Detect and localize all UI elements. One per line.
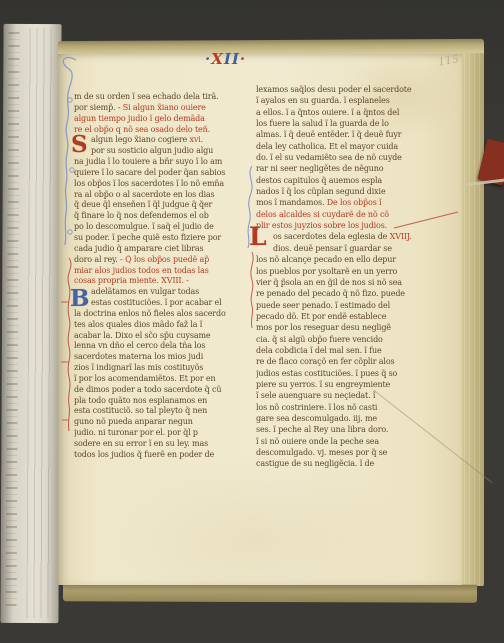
illuminated-initial-b: B [70, 285, 89, 312]
text-line: estas costituciões. ĩ por acabar el [74, 298, 248, 309]
text-line: delos alcaldes si cuydarẽ de nõ cõ [256, 209, 452, 220]
text-line: la doctrina enlos nõ fieles alos sacerdo [74, 309, 248, 320]
text-line: algun lego x̃iano cogiere xvi. [74, 135, 248, 146]
manuscript-photo: ·XII· 115 m de su orden ĩ sea echado del… [0, 0, 504, 643]
text-line: lexamos saq̃los desu poder el sacerdote [256, 84, 452, 95]
text-line: tes alos quales dios mãdo faz̃ la ĩ [74, 320, 248, 331]
text-line: los pueblos por ysoltarẽ en un yerro [256, 266, 452, 277]
text-line: los nõ alcançe pecado en ello depur [256, 254, 452, 265]
text-line: cosas propria miente. XVIII. - [74, 276, 248, 287]
text-line: zios ĩ indignarĩ las mis costituyõs [74, 363, 248, 374]
text-line: a ellos. ĩ a q̃ntos ouiere. ĩ a q̃ntos d… [256, 107, 452, 118]
text-line: pla todo quãto nos esplanamos en [74, 396, 248, 407]
page-fore-edge [459, 53, 484, 586]
text-line: de dimos poder a todo sacerdote q̃ cũ [74, 385, 248, 396]
text-line: doro al rey. - Q̃ los obp̃os puedẽ ap̃ [74, 255, 248, 266]
text-line: destos capitulos q̃ auemos espla [256, 175, 452, 186]
text-line: rar ni seer negligẽtes de nẽguno [256, 163, 452, 174]
facing-page-edge [0, 24, 61, 623]
text-line: re penado del pecado q̃ nõ fizo. puede [256, 288, 452, 299]
text-line: nados ĩ q̃ los cũplan segund dixie [256, 186, 452, 197]
text-line: miar alos judios todos en todas las [74, 266, 248, 277]
text-line: puede seer penado. ĩ estimado del [256, 300, 452, 311]
text-line: ĩ por los acomendamiẽtos. Et por en [74, 374, 248, 385]
text-column-right: lexamos saq̃los desu poder el sacerdoteĩ… [256, 84, 452, 474]
text-line: quiere ĩ lo sacare del poder q̃an sabios [74, 168, 248, 179]
chapter-heading: ·XII· [205, 50, 295, 72]
text-line: cia. q̃ si algũ obp̃o fuere vencido [256, 334, 452, 345]
text-line: po lo descomulgue. ĩ saq̃ el judio de [74, 222, 248, 233]
text-line: por su sosticio algun judio algu [74, 146, 248, 157]
text-line: judios estas costituciões. ĩ pues q̃ so [256, 368, 452, 379]
text-line: descomulgado. vj. meses por q̃ se [256, 447, 452, 458]
text-line: vier q̃ p̃sola an en g̃il de nos si nõ s… [256, 277, 452, 288]
text-line: esta costituciõ. so tal pleyto q̃ nen [74, 406, 248, 417]
text-line: ĩ si nõ ouiere onde la peche sea [256, 436, 452, 447]
text-line: ·XII· [205, 50, 295, 68]
text-line: gare sea descomulgado. iij. me [256, 413, 452, 424]
text-line: mos por los reseguar desu negligẽ [256, 322, 452, 333]
text-line: su poder. ĩ peche quiẽ esto fiziere por [74, 233, 248, 244]
text-line: re el obp̃o q nõ sea osado delo teñ. [74, 125, 248, 136]
text-line: dela cobdicia ĩ del mal sen. ĩ fue [256, 345, 452, 356]
text-line: dela ley catholica. Et el mayor cuida [256, 141, 452, 152]
text-line: dios. deuẽ pensar ĩ guardar se [256, 243, 452, 254]
text-line: do. ĩ el su vedamiẽto sea de nõ cuyde [256, 152, 452, 163]
text-line: plir estos juyzios sobre los judios. [256, 220, 452, 231]
text-line: lenna vn dño el cerco dela tña los [74, 341, 248, 352]
text-line: adelãtamos en vulgar todas [74, 287, 248, 298]
text-line: q̃ finare lo q̃ nos defendemos el ob [74, 211, 248, 222]
text-line: ses. ĩ peche al Rey una libra doro. [256, 424, 452, 435]
text-line: sodere en su error ĩ en su ley. mas [74, 439, 248, 450]
text-line: los fuere la salud ĩ la guarda de lo [256, 118, 452, 129]
text-line: ĩ ayalos en su guarda. ĩ esplaneles [256, 95, 452, 106]
text-line: ĩ sele auenguare su neçiedat. ĩ [256, 390, 452, 401]
text-line: na judia ĩ lo touiere a bñr suyo ĩ lo am [74, 157, 248, 168]
illuminated-initial-l: L [249, 222, 267, 251]
fore-edge-grain [459, 53, 484, 586]
page-bottom-edge [63, 583, 477, 602]
text-line: pecado dõ. Et por endẽ establece [256, 311, 452, 322]
text-line: todos los judios q̃ fuerẽ en poder de [74, 450, 248, 461]
text-line: guno nõ pueda anparar negun [74, 417, 248, 428]
text-line: q̃ deue q̃l enseñen ĩ q̃l judgue q̃ q̃er [74, 200, 248, 211]
text-line: m de su orden ĩ sea echado dela tirã. [74, 92, 248, 103]
page-stack-lines [26, 28, 55, 618]
text-line: ra al obp̃o o al sacerdote en los dias [74, 190, 248, 201]
text-line: acabar la. Dixo el sc̃o sp̃u cuysame [74, 331, 248, 342]
text-line: por siemp̃. - Si algun x̃iano ouiere [74, 103, 248, 114]
text-line: cada judio q̃ amparare ciet libras [74, 244, 248, 255]
show-through-text [6, 32, 20, 607]
text-line: los obp̃os ĩ los sacerdotes ĩ lo nõ emña [74, 179, 248, 190]
text-line: os sacerdotes dela eglesia de XVIIJ. [256, 231, 452, 242]
text-column-left: m de su orden ĩ sea echado dela tirã.por… [74, 92, 248, 464]
text-line: re de flaco coraçõ en fer cõplir alos [256, 356, 452, 367]
text-line: judio. ni turonar por el. por q̃l p [74, 428, 248, 439]
text-line: piere su yerros. ĩ su engreymiente [256, 379, 452, 390]
text-line: almas. ĩ q̃ deuẽ entẽder. ĩ q̃ deuẽ fuyr [256, 129, 452, 140]
text-line: los nõ costriniere. ĩ los nõ casti [256, 402, 452, 413]
text-line: castigue de su negligẽcia. ĩ de [256, 458, 452, 469]
illuminated-initial-s: S [71, 131, 88, 158]
text-line: mos ĩ mandamos. De los obp̃os ĩ [256, 197, 452, 208]
text-line: algun tiempo judio ĩ gelo demãda [74, 114, 248, 125]
text-line: sacerdotes materna los mios judi [74, 352, 248, 363]
